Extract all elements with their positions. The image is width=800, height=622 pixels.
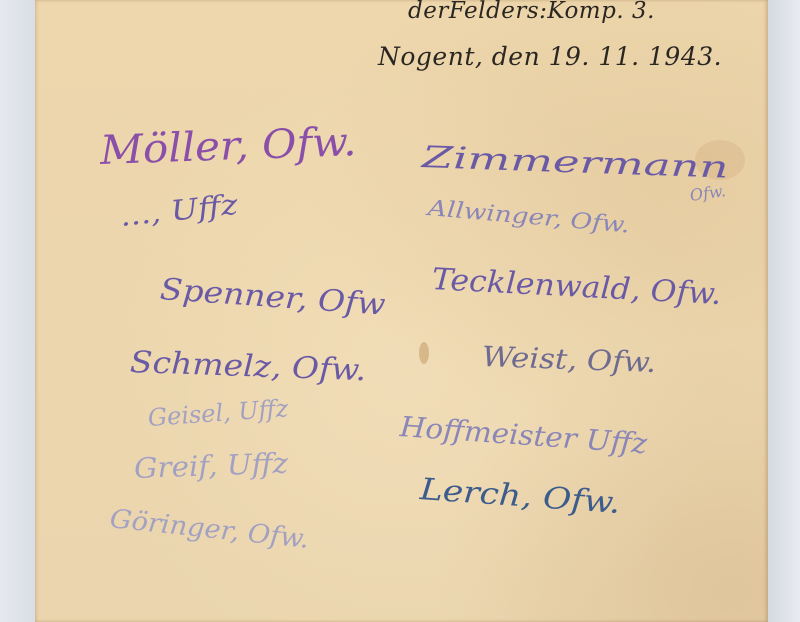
signature-weist: Weist, Ofw. xyxy=(481,340,656,379)
paper-stain xyxy=(419,342,429,364)
printed-place-date: Nogent, den 19. 11. 1943. xyxy=(378,42,722,71)
background-surface-left xyxy=(0,0,36,622)
printed-unit-line: derFelders:Komp. 3. xyxy=(408,0,655,24)
signature-moeller: Möller, Ofw. xyxy=(99,119,357,174)
signature-greif: Greif, Uffz xyxy=(133,447,288,485)
background-surface-right xyxy=(768,0,800,622)
